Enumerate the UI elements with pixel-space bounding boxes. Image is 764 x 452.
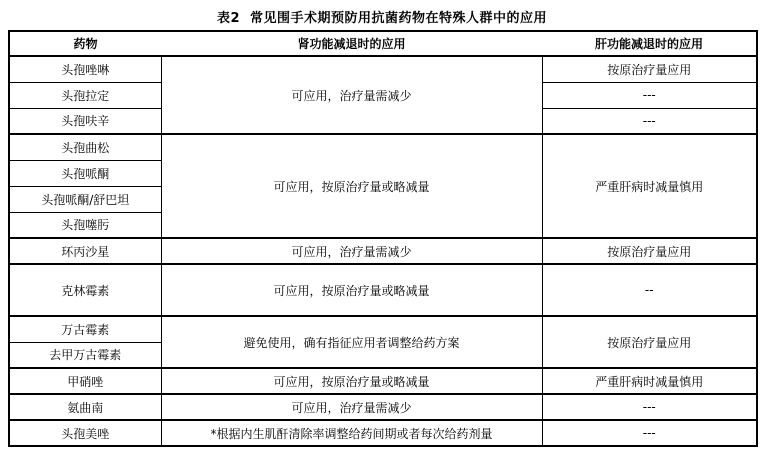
table-row: 氨曲南 可应用，治疗量需减少 --- [9,394,757,420]
hepatic-cell: --- [542,420,757,446]
renal-cell: 可应用，治疗量需减少 [161,238,542,264]
hepatic-cell: --- [542,82,757,108]
drug-cell: 头孢哌酮/舒巴坦 [9,186,161,212]
drug-cell: 氨曲南 [9,394,161,420]
table-row: 头孢曲松 可应用，按原治疗量或略减量 严重肝病时减量慎用 [9,134,757,160]
header-row: 药物 肾功能减退时的应用 肝功能减退时的应用 [9,31,757,56]
renal-cell: 可应用，按原治疗量或略减量 [161,368,542,394]
hepatic-cell: 严重肝病时减量慎用 [542,368,757,394]
hepatic-cell: --- [542,394,757,420]
col-header-drug: 药物 [9,31,161,56]
renal-cell: *根据内生肌酐清除率调整给药间期或者每次给药剂量 [161,420,542,446]
col-header-hepatic: 肝功能减退时的应用 [542,31,757,56]
renal-cell: 可应用，按原治疗量或略减量 [161,134,542,238]
drug-cell: 头孢曲松 [9,134,161,160]
hepatic-cell: 按原治疗量应用 [542,56,757,82]
drug-cell: 克林霉素 [9,264,161,316]
document-page: 表2 常见围手术期预防用抗菌药物在特殊人群中的应用 药物 肾功能减退时的应用 肝… [0,0,764,452]
drug-cell: 头孢唑啉 [9,56,161,82]
col-header-renal: 肾功能减退时的应用 [161,31,542,56]
drug-cell: 头孢拉定 [9,82,161,108]
drug-cell: 头孢美唑 [9,420,161,446]
hepatic-cell: 按原治疗量应用 [542,316,757,368]
drug-cell: 环丙沙星 [9,238,161,264]
drug-application-table: 药物 肾功能减退时的应用 肝功能减退时的应用 头孢唑啉 可应用，治疗量需减少 按… [8,30,758,447]
renal-cell: 可应用，治疗量需减少 [161,56,542,134]
hepatic-cell: 严重肝病时减量慎用 [542,134,757,238]
drug-cell: 万古霉素 [9,316,161,342]
hepatic-cell: -- [542,264,757,316]
hepatic-cell: 按原治疗量应用 [542,238,757,264]
renal-cell: 避免使用，确有指征应用者调整给药方案 [161,316,542,368]
table-row: 头孢唑啉 可应用，治疗量需减少 按原治疗量应用 [9,56,757,82]
table-row: 万古霉素 避免使用，确有指征应用者调整给药方案 按原治疗量应用 [9,316,757,342]
drug-cell: 头孢哌酮 [9,160,161,186]
table-row: 环丙沙星 可应用，治疗量需减少 按原治疗量应用 [9,238,757,264]
table-row: 头孢美唑 *根据内生肌酐清除率调整给药间期或者每次给药剂量 --- [9,420,757,446]
drug-cell: 头孢呋辛 [9,108,161,134]
table-title: 表2 常见围手术期预防用抗菌药物在特殊人群中的应用 [0,7,764,26]
renal-cell: 可应用，治疗量需减少 [161,394,542,420]
hepatic-cell: --- [542,108,757,134]
renal-cell: 可应用，按原治疗量或略减量 [161,264,542,316]
drug-cell: 头孢噻肟 [9,212,161,238]
table-row: 克林霉素 可应用，按原治疗量或略减量 -- [9,264,757,316]
drug-cell: 甲硝唑 [9,368,161,394]
table-row: 甲硝唑 可应用，按原治疗量或略减量 严重肝病时减量慎用 [9,368,757,394]
drug-cell: 去甲万古霉素 [9,342,161,368]
